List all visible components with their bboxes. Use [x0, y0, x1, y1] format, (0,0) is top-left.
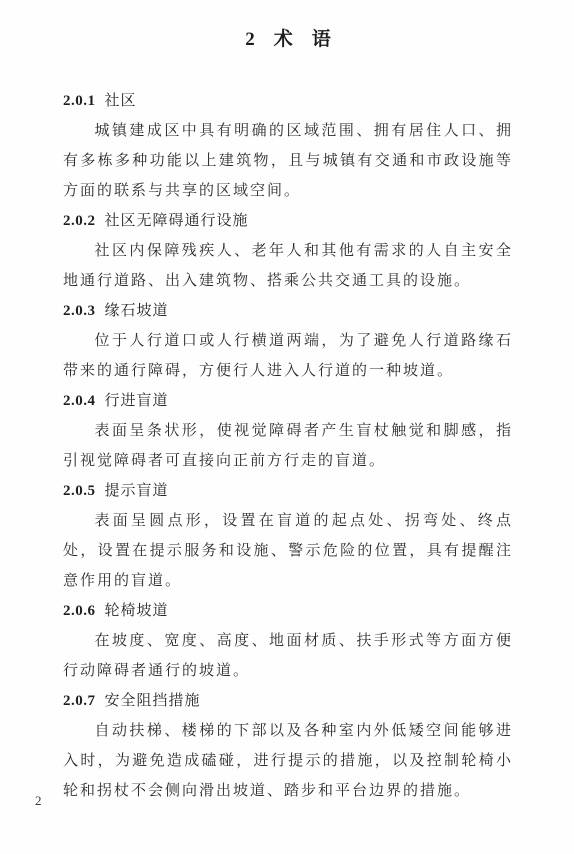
section-number: 2.0.2 — [63, 213, 96, 229]
term-section: 2.0.5提示盲道 表面呈圆点形，设置在盲道的起点处、拐弯处、终点处，设置在提示… — [63, 476, 513, 596]
section-heading: 2.0.4行进盲道 — [63, 386, 513, 416]
section-term: 社区无障碍通行设施 — [105, 213, 249, 229]
term-section: 2.0.1社区 城镇建成区中具有明确的区域范围、拥有居住人口、拥有多栋多种功能以… — [63, 86, 513, 206]
term-section: 2.0.3缘石坡道 位于人行道口或人行横道两端，为了避免人行道路缘石带来的通行障… — [63, 296, 513, 386]
term-section: 2.0.7安全阻挡措施 自动扶梯、楼梯的下部以及各种室内外低矮空间能够进入时，为… — [63, 686, 513, 806]
document-page: 2 术 语 2.0.1社区 城镇建成区中具有明确的区域范围、拥有居住人口、拥有多… — [0, 0, 574, 854]
section-heading: 2.0.3缘石坡道 — [63, 296, 513, 326]
page-number: 2 — [35, 793, 42, 809]
section-heading: 2.0.1社区 — [63, 86, 513, 116]
section-term: 缘石坡道 — [105, 303, 169, 319]
section-number: 2.0.1 — [63, 93, 96, 109]
section-number: 2.0.6 — [63, 603, 96, 619]
section-definition: 表面呈圆点形，设置在盲道的起点处、拐弯处、终点处，设置在提示服务和设施、警示危险… — [63, 506, 513, 596]
page-content: 2 术 语 2.0.1社区 城镇建成区中具有明确的区域范围、拥有居住人口、拥有多… — [63, 28, 513, 806]
section-number: 2.0.4 — [63, 393, 96, 409]
section-heading: 2.0.6轮椅坡道 — [63, 596, 513, 626]
term-section: 2.0.6轮椅坡道 在坡度、宽度、高度、地面材质、扶手形式等方面方便行动障碍者通… — [63, 596, 513, 686]
section-term: 社区 — [105, 93, 137, 109]
section-definition: 自动扶梯、楼梯的下部以及各种室内外低矮空间能够进入时，为避免造成磕碰，进行提示的… — [63, 716, 513, 806]
section-term: 轮椅坡道 — [105, 603, 169, 619]
section-term: 安全阻挡措施 — [105, 693, 201, 709]
page-title: 2 术 语 — [63, 28, 513, 52]
section-heading: 2.0.7安全阻挡措施 — [63, 686, 513, 716]
section-term: 行进盲道 — [105, 393, 169, 409]
section-definition: 位于人行道口或人行横道两端，为了避免人行道路缘石带来的通行障碍，方便行人进入人行… — [63, 326, 513, 386]
section-heading: 2.0.2社区无障碍通行设施 — [63, 206, 513, 236]
section-definition: 社区内保障残疾人、老年人和其他有需求的人自主安全地通行道路、出入建筑物、搭乘公共… — [63, 236, 513, 296]
section-definition: 城镇建成区中具有明确的区域范围、拥有居住人口、拥有多栋多种功能以上建筑物，且与城… — [63, 116, 513, 206]
section-term: 提示盲道 — [105, 483, 169, 499]
section-number: 2.0.5 — [63, 483, 96, 499]
section-number: 2.0.7 — [63, 693, 96, 709]
section-definition: 表面呈条状形，使视觉障碍者产生盲杖触觉和脚感，指引视觉障碍者可直接向正前方行走的… — [63, 416, 513, 476]
section-definition: 在坡度、宽度、高度、地面材质、扶手形式等方面方便行动障碍者通行的坡道。 — [63, 626, 513, 686]
section-number: 2.0.3 — [63, 303, 96, 319]
term-section: 2.0.2社区无障碍通行设施 社区内保障残疾人、老年人和其他有需求的人自主安全地… — [63, 206, 513, 296]
term-section: 2.0.4行进盲道 表面呈条状形，使视觉障碍者产生盲杖触觉和脚感，指引视觉障碍者… — [63, 386, 513, 476]
section-heading: 2.0.5提示盲道 — [63, 476, 513, 506]
